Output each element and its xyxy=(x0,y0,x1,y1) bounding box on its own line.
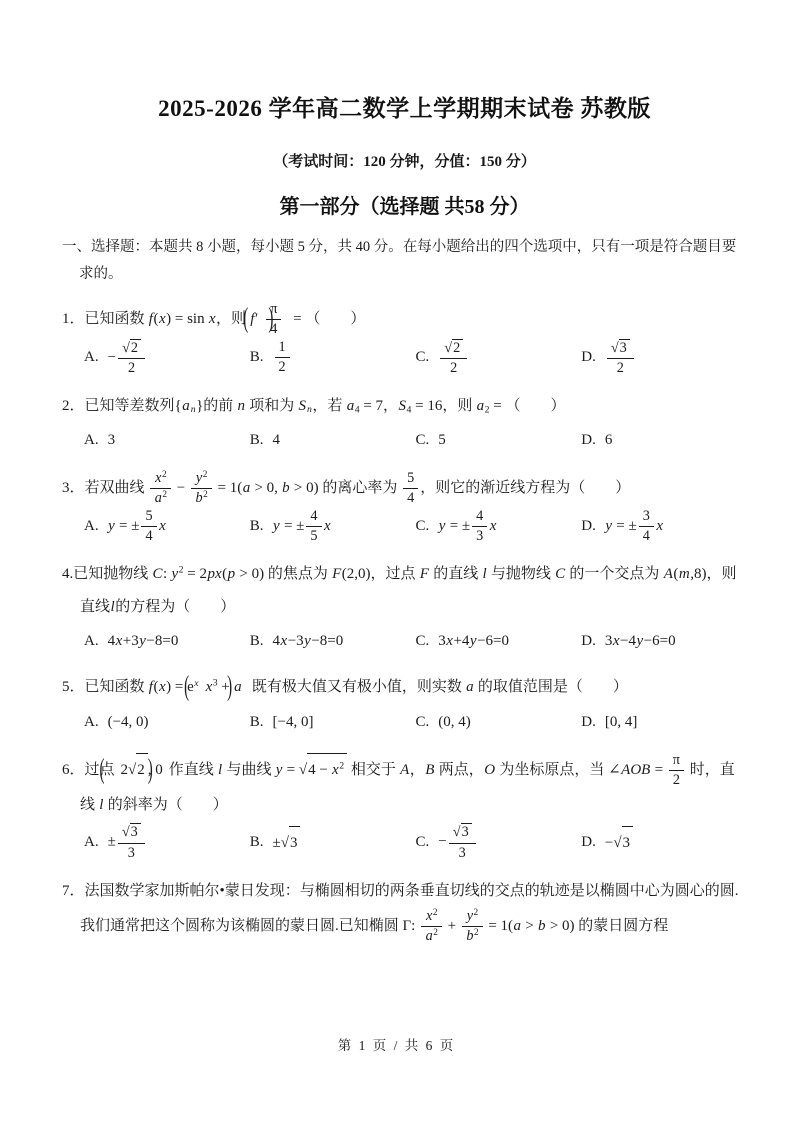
math-variable: x xyxy=(446,633,454,649)
math-subscript: 4 xyxy=(407,404,412,415)
math-subscript: n xyxy=(307,404,313,415)
math-variable: x xyxy=(159,518,167,534)
page-title: 2025-2026 学年高二数学上学期期末试卷 苏教版 xyxy=(62,90,747,123)
option-label: A. xyxy=(84,706,99,739)
option-B: B.4 xyxy=(250,424,416,457)
option-label: D. xyxy=(581,341,596,374)
math-variable: a xyxy=(476,398,485,414)
math-variable: a xyxy=(425,928,433,944)
math-supscript: 2 xyxy=(179,565,184,576)
options-row: A.4x+3y−8=0B.4x−3y−8=0C.3x+4y−6=0D.3x−4y… xyxy=(84,625,747,658)
math-variable: F xyxy=(332,566,342,582)
option-A: A.3 xyxy=(84,424,250,457)
option-label: B. xyxy=(250,625,264,658)
option-label: D. xyxy=(581,625,596,658)
math-fraction: 34 xyxy=(639,508,654,545)
math-variable: px xyxy=(207,566,222,582)
math-variable: x xyxy=(158,311,166,327)
option-content: 4x+3y−8=0 xyxy=(108,625,179,658)
option-content: ±√3 xyxy=(273,826,301,860)
instructions: 一、选择题：本题共 8 小题，每小题 5 分，共 40 分。在每小题给出的四个选… xyxy=(62,234,747,288)
math-supscript: 2 xyxy=(433,928,438,938)
math-sqrt: √3 xyxy=(611,339,630,357)
math-variable: S xyxy=(398,398,407,414)
option-content: 3 xyxy=(108,424,116,457)
option-C: C.5 xyxy=(416,424,582,457)
options-row: A.−√22B.12C.√22D.√32 xyxy=(84,339,747,377)
question-6: 6．过点(2√2, 0)作直线 l 与曲线 y = √4 − x2 相交于 A，… xyxy=(62,752,747,861)
question-stem: 1．已知函数 f(x) = sin x，则 f′(π4) = （ ） xyxy=(62,301,747,338)
options-row: A.y = ±54xB.y = ±45xC.y = ±43xD.y = ±34x xyxy=(84,508,747,545)
math-variable: b xyxy=(195,490,203,506)
math-variable: a xyxy=(234,679,243,695)
math-sqrt: √2 xyxy=(128,753,148,787)
option-A: A.±√33 xyxy=(84,823,250,861)
option-B: B.4x−3y−8=0 xyxy=(250,625,416,658)
page-footer: 第 1 页 / 共 6 页 xyxy=(0,1034,793,1054)
math-variable: A xyxy=(663,566,673,582)
option-A: A.−√22 xyxy=(84,339,250,377)
math-sqrt: √3 xyxy=(281,826,301,860)
options-row: A.±√33B.±√3C.−√33D.−√3 xyxy=(84,823,747,861)
option-label: C. xyxy=(416,706,430,739)
option-content: 4x−3y−8=0 xyxy=(273,625,344,658)
math-fraction: √33 xyxy=(118,823,145,861)
math-subscript: 4 xyxy=(355,404,360,415)
option-B: B.12 xyxy=(250,339,416,376)
option-content: 4 xyxy=(273,424,281,457)
option-C: C.(0, 4) xyxy=(416,706,582,739)
math-sqrt: √3 xyxy=(453,823,472,841)
option-label: A. xyxy=(84,424,99,457)
math-variable: x xyxy=(155,470,162,486)
option-label: C. xyxy=(416,510,430,543)
option-C: C.−√33 xyxy=(416,823,582,861)
math-fraction: √22 xyxy=(440,339,467,377)
math-variable: f xyxy=(148,311,153,327)
option-label: A. xyxy=(84,341,99,374)
math-variable: y xyxy=(273,518,281,534)
math-fraction: 54 xyxy=(403,470,418,507)
option-label: A. xyxy=(84,826,99,859)
math-fraction: 54 xyxy=(141,508,156,545)
math-fraction: π2 xyxy=(669,752,684,789)
option-content: −√33 xyxy=(438,823,477,861)
option-label: A. xyxy=(84,510,99,543)
option-content: [−4, 0] xyxy=(273,706,314,739)
math-variable: x xyxy=(656,518,664,534)
option-label: B. xyxy=(250,424,264,457)
math-sqrt: √2 xyxy=(444,339,463,357)
question-stem: 7．法国数学家加斯帕尔•蒙日发现：与椭圆相切的两条垂直切线的交点的轨迹是以椭圆中… xyxy=(62,875,747,945)
option-content: −√3 xyxy=(605,826,633,860)
option-label: D. xyxy=(581,424,596,457)
math-supscript: 2 xyxy=(203,490,208,500)
math-variable: O xyxy=(484,762,496,778)
question-5: 5．已知函数 f(x) = ex(x3 + a) 既有极大值又有极小值，则实数 … xyxy=(62,671,747,739)
math-fraction: 43 xyxy=(472,508,487,545)
option-D: D.y = ±34x xyxy=(581,508,747,545)
math-fraction: √22 xyxy=(118,339,145,377)
math-variable: l xyxy=(99,797,104,813)
math-supscript: x xyxy=(194,678,199,689)
option-B: B.[−4, 0] xyxy=(250,706,416,739)
math-variable: y xyxy=(605,518,613,534)
option-label: D. xyxy=(581,826,596,859)
option-label: A. xyxy=(84,625,99,658)
math-sqrt: √3 xyxy=(122,823,141,841)
math-variable: f xyxy=(148,679,153,695)
option-label: B. xyxy=(250,510,264,543)
option-label: D. xyxy=(581,510,596,543)
paren-content: π4 xyxy=(264,311,283,327)
math-supscript: 3 xyxy=(213,678,218,689)
math-variable: C xyxy=(152,566,163,582)
options-row: A.3B.4C.5D.6 xyxy=(84,424,747,457)
math-variable: C xyxy=(555,566,566,582)
math-fraction: x2a2 xyxy=(421,908,442,945)
math-supscript: 2 xyxy=(474,908,479,918)
math-variable: x xyxy=(115,633,123,649)
math-variable: y xyxy=(469,633,477,649)
math-subscript: n xyxy=(190,404,196,415)
option-C: C.√22 xyxy=(416,339,582,377)
question-stem: 5．已知函数 f(x) = ex(x3 + a) 既有极大值又有极小值，则实数 … xyxy=(62,671,747,705)
option-content: 5 xyxy=(438,424,446,457)
math-variable: x xyxy=(280,633,288,649)
option-content: 6 xyxy=(605,424,613,457)
option-content: y = ±45x xyxy=(273,508,332,545)
math-variable: a xyxy=(346,398,355,414)
math-subscript: 2 xyxy=(485,404,490,415)
math-fraction: y2b2 xyxy=(191,470,212,507)
option-content: 3x+4y−6=0 xyxy=(438,625,509,658)
math-variable: y xyxy=(466,908,473,924)
math-fraction: 12 xyxy=(275,339,290,376)
paren-content: x3 + a xyxy=(205,679,242,695)
option-D: D.6 xyxy=(581,424,747,457)
option-content: y = ±54x xyxy=(108,508,167,545)
math-variable: B xyxy=(425,762,435,778)
question-7: 7．法国数学家加斯帕尔•蒙日发现：与椭圆相切的两条垂直切线的交点的轨迹是以椭圆中… xyxy=(62,875,747,945)
math-variable: b xyxy=(538,918,547,934)
option-content: √22 xyxy=(438,339,469,377)
math-supscript: 2 xyxy=(339,761,344,772)
option-D: D.[0, 4] xyxy=(581,706,747,739)
math-variable: x xyxy=(612,633,620,649)
option-content: y = ±43x xyxy=(438,508,497,545)
question-stem: 4.已知抛物线 C: y2 = 2px(p > 0) 的焦点为 F(2,0)，过… xyxy=(62,558,747,624)
option-label: C. xyxy=(416,424,430,457)
math-supscript: 2 xyxy=(474,928,479,938)
option-content: (0, 4) xyxy=(438,706,471,739)
math-fraction: √33 xyxy=(449,823,476,861)
option-label: B. xyxy=(250,826,264,859)
math-variable: a xyxy=(513,918,522,934)
math-variable: n xyxy=(237,398,246,414)
math-variable: x xyxy=(324,518,332,534)
option-D: D.−√3 xyxy=(581,826,747,860)
option-content: [0, 4] xyxy=(605,706,638,739)
math-supscript: 2 xyxy=(433,908,438,918)
math-sqrt: √2 xyxy=(122,339,141,357)
option-C: C.3x+4y−6=0 xyxy=(416,625,582,658)
math-variable: l xyxy=(482,566,487,582)
math-supscript: 2 xyxy=(162,470,167,480)
option-label: B. xyxy=(250,341,264,374)
math-variable: b xyxy=(466,928,474,944)
math-variable: l xyxy=(218,762,223,778)
math-variable: l xyxy=(110,599,115,615)
math-variable: y xyxy=(171,566,179,582)
question-stem: 3．若双曲线 x2a2 − y2b2 = 1(a > 0, b > 0) 的离心… xyxy=(62,470,747,507)
section-heading: 第一部分（选择题 共58 分） xyxy=(62,190,747,219)
option-label: C. xyxy=(416,826,430,859)
math-variable: y xyxy=(438,518,446,534)
option-label: C. xyxy=(416,341,430,374)
math-variable: x xyxy=(208,311,216,327)
math-variable: m xyxy=(678,566,690,582)
option-label: D. xyxy=(581,706,596,739)
option-content: √32 xyxy=(605,339,636,377)
option-A: A.y = ±54x xyxy=(84,508,250,545)
math-sqrt: √3 xyxy=(613,826,633,860)
option-D: D.3x−4y−6=0 xyxy=(581,625,747,658)
math-variable: p xyxy=(227,566,236,582)
math-fraction: 45 xyxy=(306,508,321,545)
math-variable: S xyxy=(298,398,307,414)
exam-page: 2025-2026 学年高二数学上学期期末试卷 苏教版 （考试时间：120 分钟… xyxy=(0,0,793,1122)
math-variable: f xyxy=(250,311,255,327)
option-A: A.(−4, 0) xyxy=(84,706,250,739)
option-content: ±√33 xyxy=(108,823,147,861)
math-supscript: 2 xyxy=(203,470,208,480)
option-B: B.y = ±45x xyxy=(250,508,416,545)
math-variable: F xyxy=(419,566,429,582)
math-variable: y xyxy=(195,470,202,486)
math-variable: x xyxy=(205,679,213,695)
math-variable: AOB xyxy=(621,762,651,778)
option-content: 12 xyxy=(273,339,292,376)
option-B: B.±√3 xyxy=(250,826,416,860)
math-variable: a xyxy=(242,480,251,496)
math-variable: A xyxy=(400,762,410,778)
math-variable: b xyxy=(282,480,291,496)
question-2: 2．已知等差数列{an}的前 n 项和为 Sn，若 a4 = 7，S4 = 16… xyxy=(62,390,747,457)
paren-content: 2√2, 0 xyxy=(121,762,163,778)
math-variable: y xyxy=(139,633,147,649)
math-variable: y xyxy=(304,633,312,649)
question-1: 1．已知函数 f(x) = sin x，则 f′(π4) = （ ）A.−√22… xyxy=(62,301,747,377)
math-variable: a xyxy=(182,398,191,414)
math-sqrt: √4 − x2 xyxy=(299,753,347,787)
option-content: (−4, 0) xyxy=(108,706,149,739)
math-variable: x xyxy=(158,679,166,695)
math-variable: x xyxy=(489,518,497,534)
math-variable: y xyxy=(275,762,283,778)
questions-list: 1．已知函数 f(x) = sin x，则 f′(π4) = （ ）A.−√22… xyxy=(62,301,747,945)
option-label: B. xyxy=(250,706,264,739)
math-fraction: x2a2 xyxy=(150,470,171,507)
question-3: 3．若双曲线 x2a2 − y2b2 = 1(a > 0, b > 0) 的离心… xyxy=(62,470,747,545)
math-fraction: √32 xyxy=(607,339,634,377)
option-content: 3x−4y−6=0 xyxy=(605,625,676,658)
math-variable: x xyxy=(425,908,432,924)
math-fraction: y2b2 xyxy=(462,908,483,945)
math-variable: y xyxy=(108,518,116,534)
option-content: y = ±34x xyxy=(605,508,664,545)
option-C: C.y = ±43x xyxy=(416,508,582,545)
question-stem: 6．过点(2√2, 0)作直线 l 与曲线 y = √4 − x2 相交于 A，… xyxy=(62,752,747,822)
math-supscript: 2 xyxy=(162,490,167,500)
math-variable: y xyxy=(636,633,644,649)
option-D: D.√32 xyxy=(581,339,747,377)
question-4: 4.已知抛物线 C: y2 = 2px(p > 0) 的焦点为 F(2,0)，过… xyxy=(62,558,747,658)
math-variable: a xyxy=(466,679,475,695)
option-content: −√22 xyxy=(108,339,147,377)
option-label: C. xyxy=(416,625,430,658)
option-A: A.4x+3y−8=0 xyxy=(84,625,250,658)
question-stem: 2．已知等差数列{an}的前 n 项和为 Sn，若 a4 = 7，S4 = 16… xyxy=(62,390,747,423)
exam-meta: （考试时间：120 分钟，分值：150 分） xyxy=(62,150,747,171)
